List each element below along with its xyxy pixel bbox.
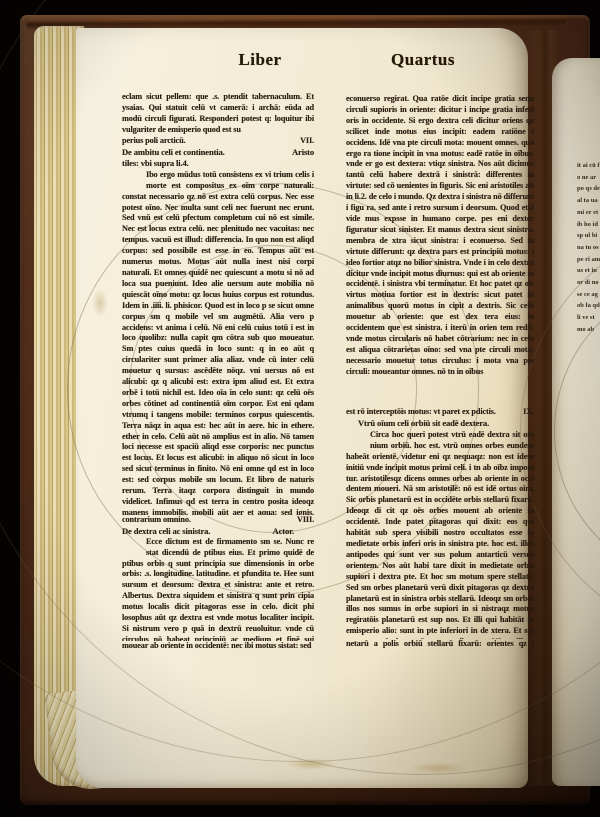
paragraph-indent: [122, 170, 146, 191]
heading-attribution: Actor.: [273, 526, 294, 537]
heading-text-line2: tiles: vbi supra li.4.: [122, 158, 314, 169]
heading-text: De dextra celi ac sinistra.: [122, 526, 210, 537]
paragraph-intro: eclam sicut pellem: que .s. ptendit tabe…: [122, 92, 314, 136]
section-heading-utrum: Vtrū oīum celi orbiū sit eadē dextera.: [346, 418, 534, 429]
paragraph-dextra-continued: econuerso regirat. Qua ratōe dicit incip…: [346, 94, 534, 407]
text-column-left: eclam sicut pellem: que .s. ptendit tabe…: [122, 92, 314, 652]
running-header-liber: Liber: [198, 50, 322, 70]
paragraph-body: Ibo ergo mūdus totū consistens ex vi tri…: [122, 170, 314, 515]
heading-attribution: Aristo: [292, 147, 314, 158]
paragraph-end: mouear ab oriente in occidentē: nec ibi …: [122, 641, 311, 650]
paragraph-de-ambitu: Ibo ergo mūdus totū consistens ex vi tri…: [122, 170, 314, 515]
paragraph-intro-end: perius poli arcticū.: [122, 136, 185, 145]
paragraph-utrum-lastline: netarū a polis orbiū stellarū fixarū: or…: [346, 639, 534, 650]
paragraph-end: netarū a polis orbiū stellarū fixarū: or…: [346, 639, 534, 650]
paragraph-de-dextra-lastline: mouear ab oriente in occidentē: nec ibi …: [122, 641, 314, 652]
paragraph-de-ambitu-lastline: contrarium omnino. VIII.: [122, 515, 314, 526]
chapter-numeral-vii: VII.: [300, 136, 314, 147]
paragraph-body: Ecce dictum est de firmamento sm se. Nun…: [122, 537, 314, 641]
paragraph-end: contrarium omnino.: [122, 515, 191, 524]
paragraph-de-dextra: Ecce dictum est de firmamento sm se. Nun…: [122, 537, 314, 641]
paragraph-indent: [122, 537, 146, 558]
section-heading-de-dextra: De dextra celi ac sinistra. Actor.: [122, 526, 314, 537]
paragraph-body: Circa hoc queri potest vtrū eadē dextra …: [346, 430, 534, 639]
paragraph-indent: [346, 430, 370, 451]
paragraph-end: est rō interceptōis motus: vt paret ex p…: [346, 407, 496, 416]
chapter-numeral-viii: VIII.: [297, 515, 314, 526]
text-column-right: econuerso regirat. Qua ratōe dicit incip…: [346, 94, 534, 650]
paragraph-intro-lastline: perius poli arcticū. VII.: [122, 136, 314, 147]
heading-text: De ambitu celi et continentia.: [122, 147, 225, 158]
paragraph-dextra-lastline: est rō interceptōis motus: vt paret ex p…: [346, 407, 534, 418]
paragraph-utrum: Circa hoc queri potest vtrū eadē dextra …: [346, 430, 534, 639]
book-photo: it ai cū fo ne ar po qз de al ta ua mi e…: [0, 0, 600, 817]
section-heading-de-ambitu: De ambitu celi et continentia. Aristo ti…: [122, 147, 314, 169]
running-header-quartus: Quartus: [358, 50, 488, 70]
chapter-numeral-ix: IX.: [523, 407, 534, 418]
